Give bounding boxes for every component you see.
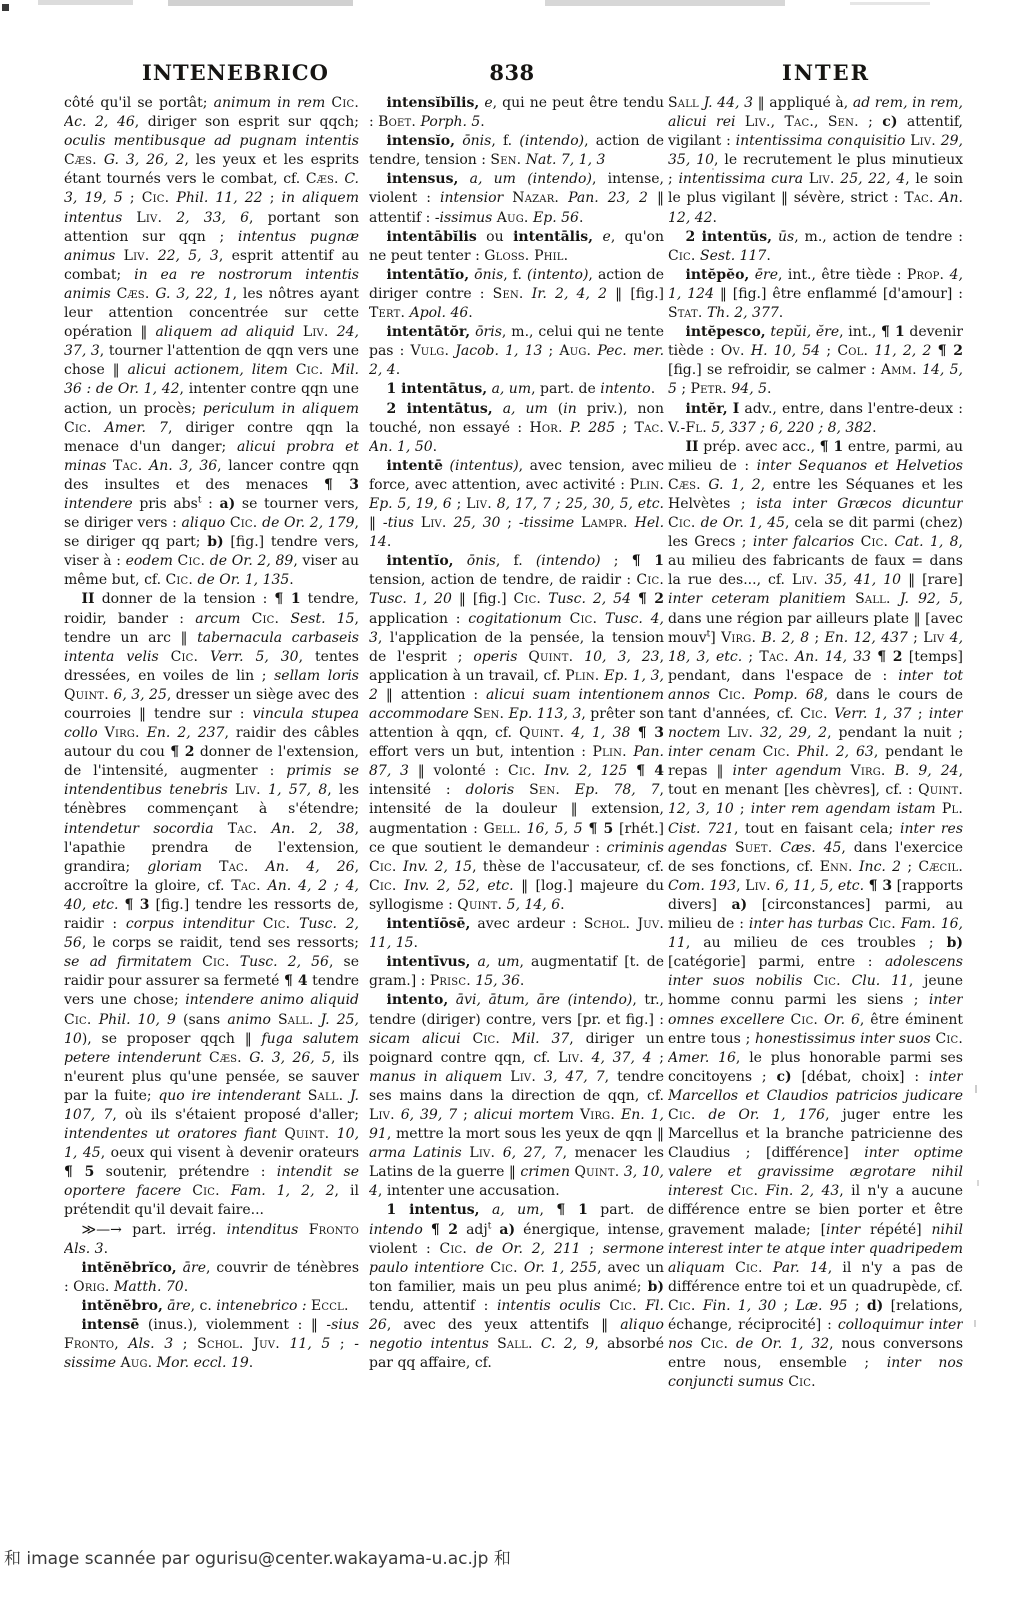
text-column-3: Sall J. 44, 3 ‖ appliqué à, ad rem, in r… (668, 94, 963, 1546)
dictionary-paragraph: II prép. avec acc., ¶ 1 entre, parmi, au… (668, 438, 963, 1393)
scan-noise (168, 0, 353, 6)
dictionary-paragraph: intentē (intentus), avec tension, avec f… (369, 457, 664, 552)
dictionary-paragraph: intentīvus, a, um, augmentatif [t. de gr… (369, 953, 664, 991)
dictionary-paragraph: 2 intentŭs, ūs, m., action de tendre : C… (668, 228, 963, 266)
dictionary-paragraph: intento, āvi, ātum, āre (intendo), tr., … (369, 991, 664, 1201)
dictionary-paragraph: intĕnĕbro, āre, c. intenebrico : Eccl. (64, 1297, 359, 1316)
dictionary-paragraph: intĕnĕbrĭco, āre, couvrir de ténèbres : … (64, 1259, 359, 1297)
scan-noise (975, 1085, 977, 1093)
scan-noise (2, 4, 9, 11)
dictionary-paragraph: 2 intentātus, a, um (in priv.), non touc… (369, 400, 664, 457)
scan-noise (850, 2, 930, 5)
text-column-2: intensĭbĭlis, e, qui ne peut être tendu … (369, 94, 664, 1546)
dictionary-paragraph: intĕpĕo, ēre, int., être tiède : Prop. 4… (668, 266, 963, 323)
dictionary-paragraph: intĕpesco, tepŭi, ĕre, int., ¶ 1 devenir… (668, 323, 963, 399)
scan-noise (545, 0, 785, 6)
dictionary-paragraph: intensus, a, um (intendo), intense, viol… (369, 170, 664, 227)
dictionary-paragraph: intentĭōsē, avec ardeur : Schol. Juv. 11… (369, 915, 664, 953)
dictionary-paragraph: Sall J. 44, 3 ‖ appliqué à, ad rem, in r… (668, 94, 963, 228)
dictionary-paragraph: ≫—→ part. irrég. intenditus Fronto Als. … (64, 1221, 359, 1259)
text-column-1: côté qu'il se portât; animum in rem Cic.… (64, 94, 359, 1546)
running-head-right: INTER (782, 60, 870, 85)
dictionary-paragraph: II donner de la tension : ¶ 1 tendre, ro… (64, 590, 359, 1220)
dictionary-paragraph: intentĭo, ōnis, f. (intendo) ; ¶ 1 tensi… (369, 552, 664, 915)
scan-noise (977, 1180, 979, 1186)
dictionary-paragraph: 1 intentus, a, um, ¶ 1 part. de intendo … (369, 1201, 664, 1373)
scan-noise (38, 0, 133, 5)
dictionary-paragraph: intentābĭlis ou intentālis, e, qu'on ne … (369, 228, 664, 266)
dictionary-paragraph: intensĭbĭlis, e, qui ne peut être tendu … (369, 94, 664, 132)
dictionary-paragraph: intensĭo, ōnis, f. (intendo), action de … (369, 132, 664, 170)
dictionary-paragraph: intensē (inus.), violemment : ‖ -sius Fr… (64, 1316, 359, 1373)
running-head-left: INTENEBRICO (142, 60, 329, 85)
dictionary-paragraph: 1 intentātus, a, um, part. de intento. (369, 380, 664, 399)
scan-watermark: 和 image scannée par ogurisu@center.wakay… (4, 1544, 511, 1569)
dictionary-page-scan: 838 INTENEBRICO INTER côté qu'il se port… (0, 0, 1024, 1600)
dictionary-paragraph: intentātĭo, ōnis, f. (intento), action d… (369, 266, 664, 323)
dictionary-paragraph: intentātŏr, ōris, m., celui qui ne tente… (369, 323, 664, 380)
dictionary-paragraph: intĕr, I adv., entre, dans l'entre-deux … (668, 400, 963, 438)
scan-noise (974, 1320, 976, 1327)
dictionary-paragraph: côté qu'il se portât; animum in rem Cic.… (64, 94, 359, 590)
